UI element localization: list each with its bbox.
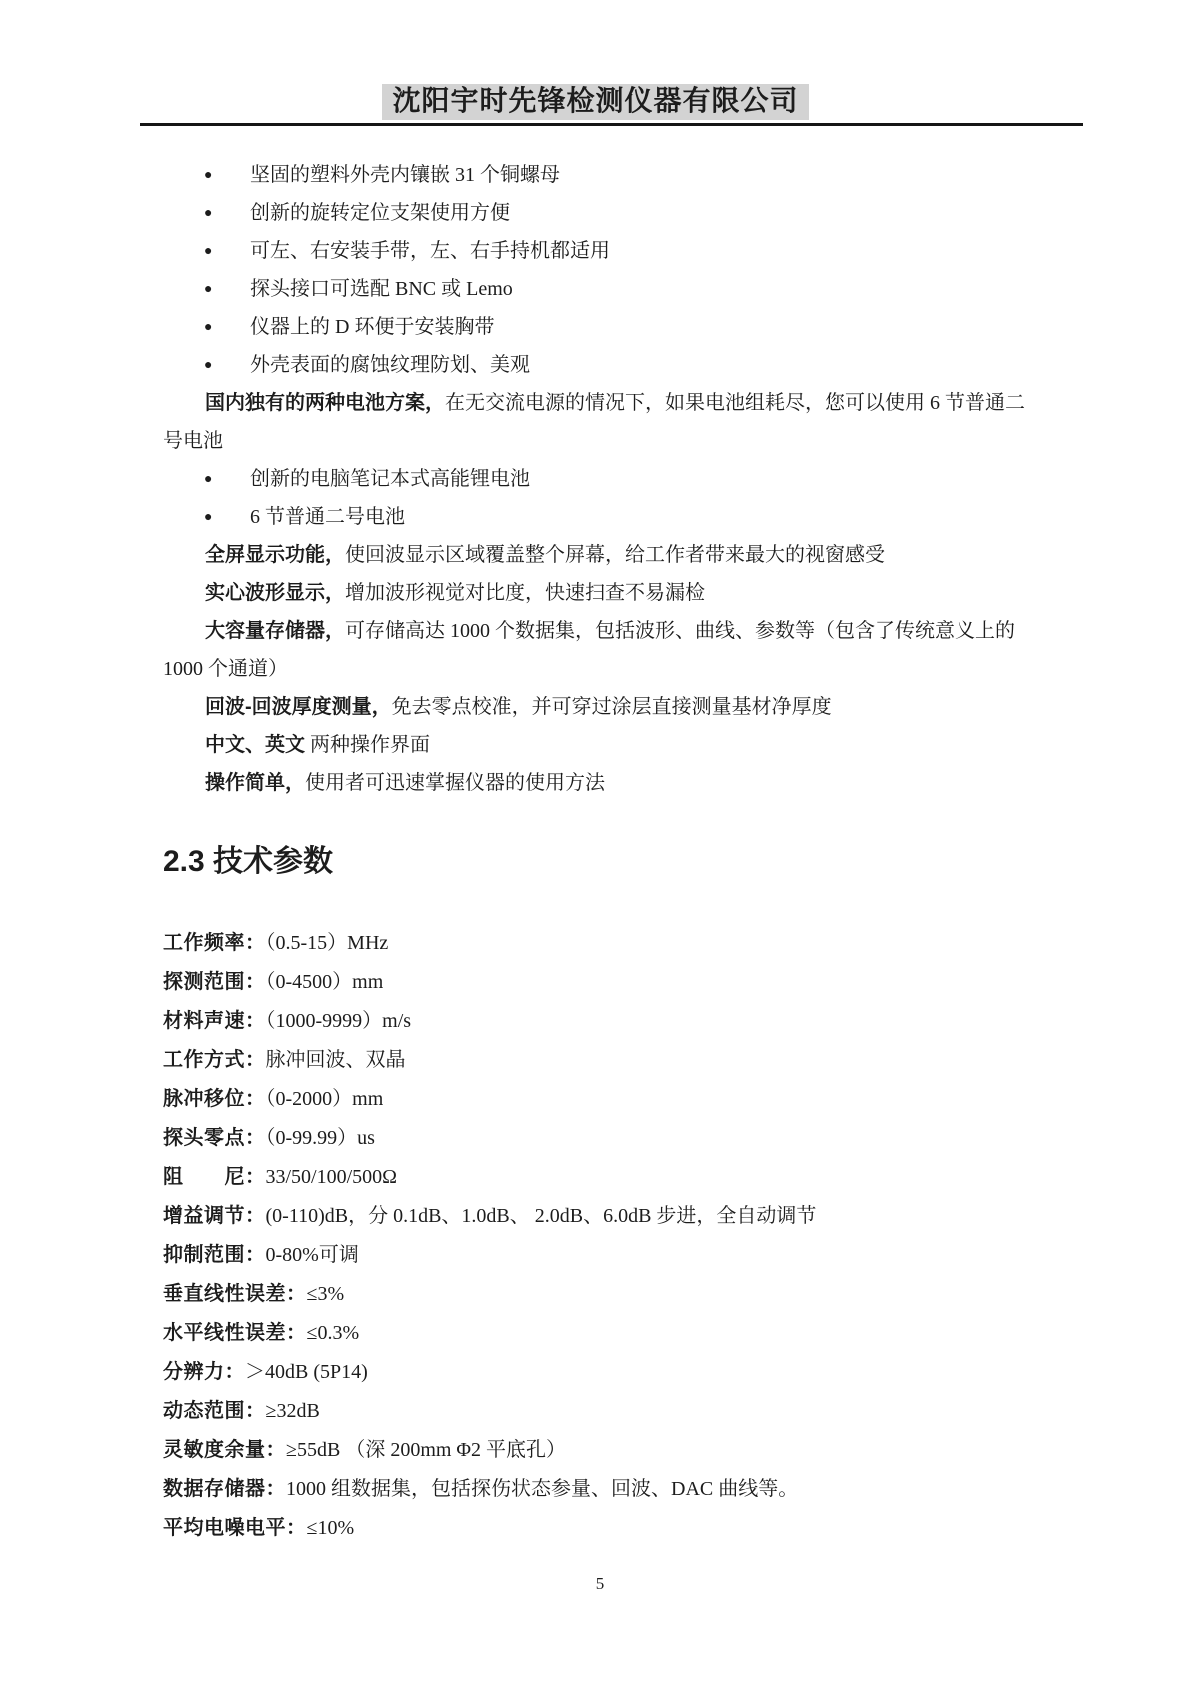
spec-label: 探测范围： (163, 971, 266, 993)
bullet-icon: ● (204, 461, 212, 499)
feature-paragraph: 大容量存储器，可存储高达 1000 个数据集，包括波形、曲线、参数等（包含了传统… (163, 612, 1028, 688)
battery-paragraph: 国内独有的两种电池方案，在无交流电源的情况下，如果电池组耗尽，您可以使用 6 节… (163, 384, 1028, 460)
paragraph-lead: 操作简单， (205, 772, 305, 794)
spec-label: 工作频率： (163, 932, 266, 954)
list-item: ●坚固的塑料外壳内镶嵌 31 个铜螺母 (163, 156, 1028, 194)
spec-label: 垂直线性误差： (163, 1283, 307, 1305)
spec-label: 增益调节： (163, 1205, 266, 1227)
spec-label: 平均电噪电平： (163, 1517, 307, 1539)
document-page: 沈阳宇时先锋检测仪器有限公司 ●坚固的塑料外壳内镶嵌 31 个铜螺母 ●创新的旋… (0, 0, 1200, 1697)
spec-label: 探头零点： (163, 1127, 266, 1149)
spec-label: 工作方式： (163, 1049, 266, 1071)
company-title: 沈阳宇时先锋检测仪器有限公司 (382, 84, 808, 120)
spec-row: 动态范围：≥32dB (163, 1392, 1028, 1431)
list-item-text: 坚固的塑料外壳内镶嵌 31 个铜螺母 (250, 164, 560, 186)
bullet-icon: ● (204, 309, 212, 347)
bullet-icon: ● (204, 499, 212, 537)
list-item: ●外壳表面的腐蚀纹理防划、美观 (163, 346, 1028, 384)
spec-label: 脉冲移位： (163, 1088, 266, 1110)
spec-row: 抑制范围：0-80%可调 (163, 1236, 1028, 1275)
spec-row: 探头零点：（0-99.99）us (163, 1119, 1028, 1158)
spec-value: ＞40dB (5P14) (245, 1361, 368, 1383)
list-item-text: 6 节普通二号电池 (250, 506, 405, 528)
spec-row: 增益调节：(0-110)dB，分 0.1dB、1.0dB、 2.0dB、6.0d… (163, 1197, 1028, 1236)
spec-value: 0-80%可调 (266, 1244, 359, 1266)
spec-value: ≤0.3% (307, 1322, 360, 1344)
feature-paragraph: 全屏显示功能，使回波显示区域覆盖整个屏幕，给工作者带来最大的视窗感受 (163, 536, 1028, 574)
spec-row: 阻 尼：33/50/100/500Ω (163, 1158, 1028, 1197)
list-item: ●仪器上的 D 环便于安装胸带 (163, 308, 1028, 346)
spec-row: 分辨力：＞40dB (5P14) (163, 1353, 1028, 1392)
spec-value: ≥55dB （深 200mm Φ2 平底孔） (286, 1439, 566, 1461)
paragraph-text: 增加波形视觉对比度，快速扫查不易漏检 (345, 582, 705, 604)
spec-value: 脉冲回波、双晶 (266, 1049, 406, 1071)
spec-row: 脉冲移位：（0-2000）mm (163, 1080, 1028, 1119)
spec-value: 1000 组数据集，包括探伤状态参量、回波、DAC 曲线等。 (286, 1478, 798, 1500)
feature-list-section: ●坚固的塑料外壳内镶嵌 31 个铜螺母 ●创新的旋转定位支架使用方便 ●可左、右… (163, 156, 1028, 802)
list-item-text: 创新的旋转定位支架使用方便 (250, 202, 510, 224)
paragraph-lead: 国内独有的两种电池方案， (205, 392, 445, 414)
feature-paragraph: 实心波形显示，增加波形视觉对比度，快速扫查不易漏检 (163, 574, 1028, 612)
spec-value: ≤10% (307, 1517, 355, 1539)
spec-value: （0.5-15）MHz (266, 932, 389, 954)
paragraph-lead: 大容量存储器， (205, 620, 345, 642)
tech-specs-section: 工作频率：（0.5-15）MHz 探测范围：（0-4500）mm 材料声速：（1… (163, 924, 1028, 1548)
bullet-icon: ● (204, 195, 212, 233)
spec-label: 阻 尼： (163, 1166, 266, 1188)
list-item: ●创新的旋转定位支架使用方便 (163, 194, 1028, 232)
spec-value: ≤3% (307, 1283, 345, 1305)
paragraph-text: 使回波显示区域覆盖整个屏幕，给工作者带来最大的视窗感受 (345, 544, 885, 566)
spec-value: ≥32dB (266, 1400, 320, 1422)
paragraph-text: 免去零点校准，并可穿过涂层直接测量基材净厚度 (392, 696, 832, 718)
list-item-text: 创新的电脑笔记本式高能锂电池 (250, 468, 530, 490)
spec-row: 工作频率：（0.5-15）MHz (163, 924, 1028, 963)
list-item-text: 仪器上的 D 环便于安装胸带 (250, 316, 494, 338)
paragraph-text: 两种操作界面 (305, 734, 430, 756)
page-number: 5 (0, 1574, 1200, 1594)
spec-row: 探测范围：（0-4500）mm (163, 963, 1028, 1002)
feature-paragraph: 操作简单，使用者可迅速掌握仪器的使用方法 (163, 764, 1028, 802)
spec-value: （1000-9999）m/s (266, 1010, 412, 1032)
spec-row: 水平线性误差：≤0.3% (163, 1314, 1028, 1353)
paragraph-text: 使用者可迅速掌握仪器的使用方法 (305, 772, 605, 794)
bullet-icon: ● (204, 157, 212, 195)
spec-value: （0-2000）mm (266, 1088, 384, 1110)
list-item: ●可左、右安装手带，左、右手持机都适用 (163, 232, 1028, 270)
list-item-text: 外壳表面的腐蚀纹理防划、美观 (250, 354, 530, 376)
spec-value: （0-99.99）us (266, 1127, 375, 1149)
spec-row: 平均电噪电平：≤10% (163, 1509, 1028, 1548)
page-header: 沈阳宇时先锋检测仪器有限公司 (163, 84, 1028, 126)
header-rule (140, 123, 1083, 126)
list-item-text: 可左、右安装手带，左、右手持机都适用 (250, 240, 610, 262)
spec-value: （0-4500）mm (266, 971, 384, 993)
spec-label: 数据存储器： (163, 1478, 286, 1500)
list-item: ●创新的电脑笔记本式高能锂电池 (163, 460, 1028, 498)
spec-row: 工作方式：脉冲回波、双晶 (163, 1041, 1028, 1080)
section-heading: 2.3 技术参数 (163, 842, 1028, 882)
company-title-wrap: 沈阳宇时先锋检测仪器有限公司 (163, 84, 1028, 120)
feature-paragraph: 回波-回波厚度测量，免去零点校准，并可穿过涂层直接测量基材净厚度 (163, 688, 1028, 726)
bullet-icon: ● (204, 233, 212, 271)
spec-row: 垂直线性误差：≤3% (163, 1275, 1028, 1314)
list-item: ●6 节普通二号电池 (163, 498, 1028, 536)
spec-row: 材料声速：（1000-9999）m/s (163, 1002, 1028, 1041)
spec-label: 分辨力： (163, 1361, 245, 1383)
spec-row: 数据存储器：1000 组数据集，包括探伤状态参量、回波、DAC 曲线等。 (163, 1470, 1028, 1509)
paragraph-lead: 回波-回波厚度测量， (205, 696, 392, 718)
paragraph-lead: 实心波形显示， (205, 582, 345, 604)
spec-label: 灵敏度余量： (163, 1439, 286, 1461)
bullet-icon: ● (204, 271, 212, 309)
spec-label: 动态范围： (163, 1400, 266, 1422)
list-item: ●探头接口可选配 BNC 或 Lemo (163, 270, 1028, 308)
spec-label: 抑制范围： (163, 1244, 266, 1266)
spec-value: 33/50/100/500Ω (266, 1166, 398, 1188)
spec-label: 材料声速： (163, 1010, 266, 1032)
paragraph-lead: 中文、英文 (205, 734, 305, 756)
spec-row: 灵敏度余量：≥55dB （深 200mm Φ2 平底孔） (163, 1431, 1028, 1470)
spec-label: 水平线性误差： (163, 1322, 307, 1344)
bullet-icon: ● (204, 347, 212, 385)
feature-paragraph: 中文、英文 两种操作界面 (163, 726, 1028, 764)
list-item-text: 探头接口可选配 BNC 或 Lemo (250, 278, 513, 300)
paragraph-lead: 全屏显示功能， (205, 544, 345, 566)
spec-value: (0-110)dB，分 0.1dB、1.0dB、 2.0dB、6.0dB 步进，… (266, 1205, 817, 1227)
